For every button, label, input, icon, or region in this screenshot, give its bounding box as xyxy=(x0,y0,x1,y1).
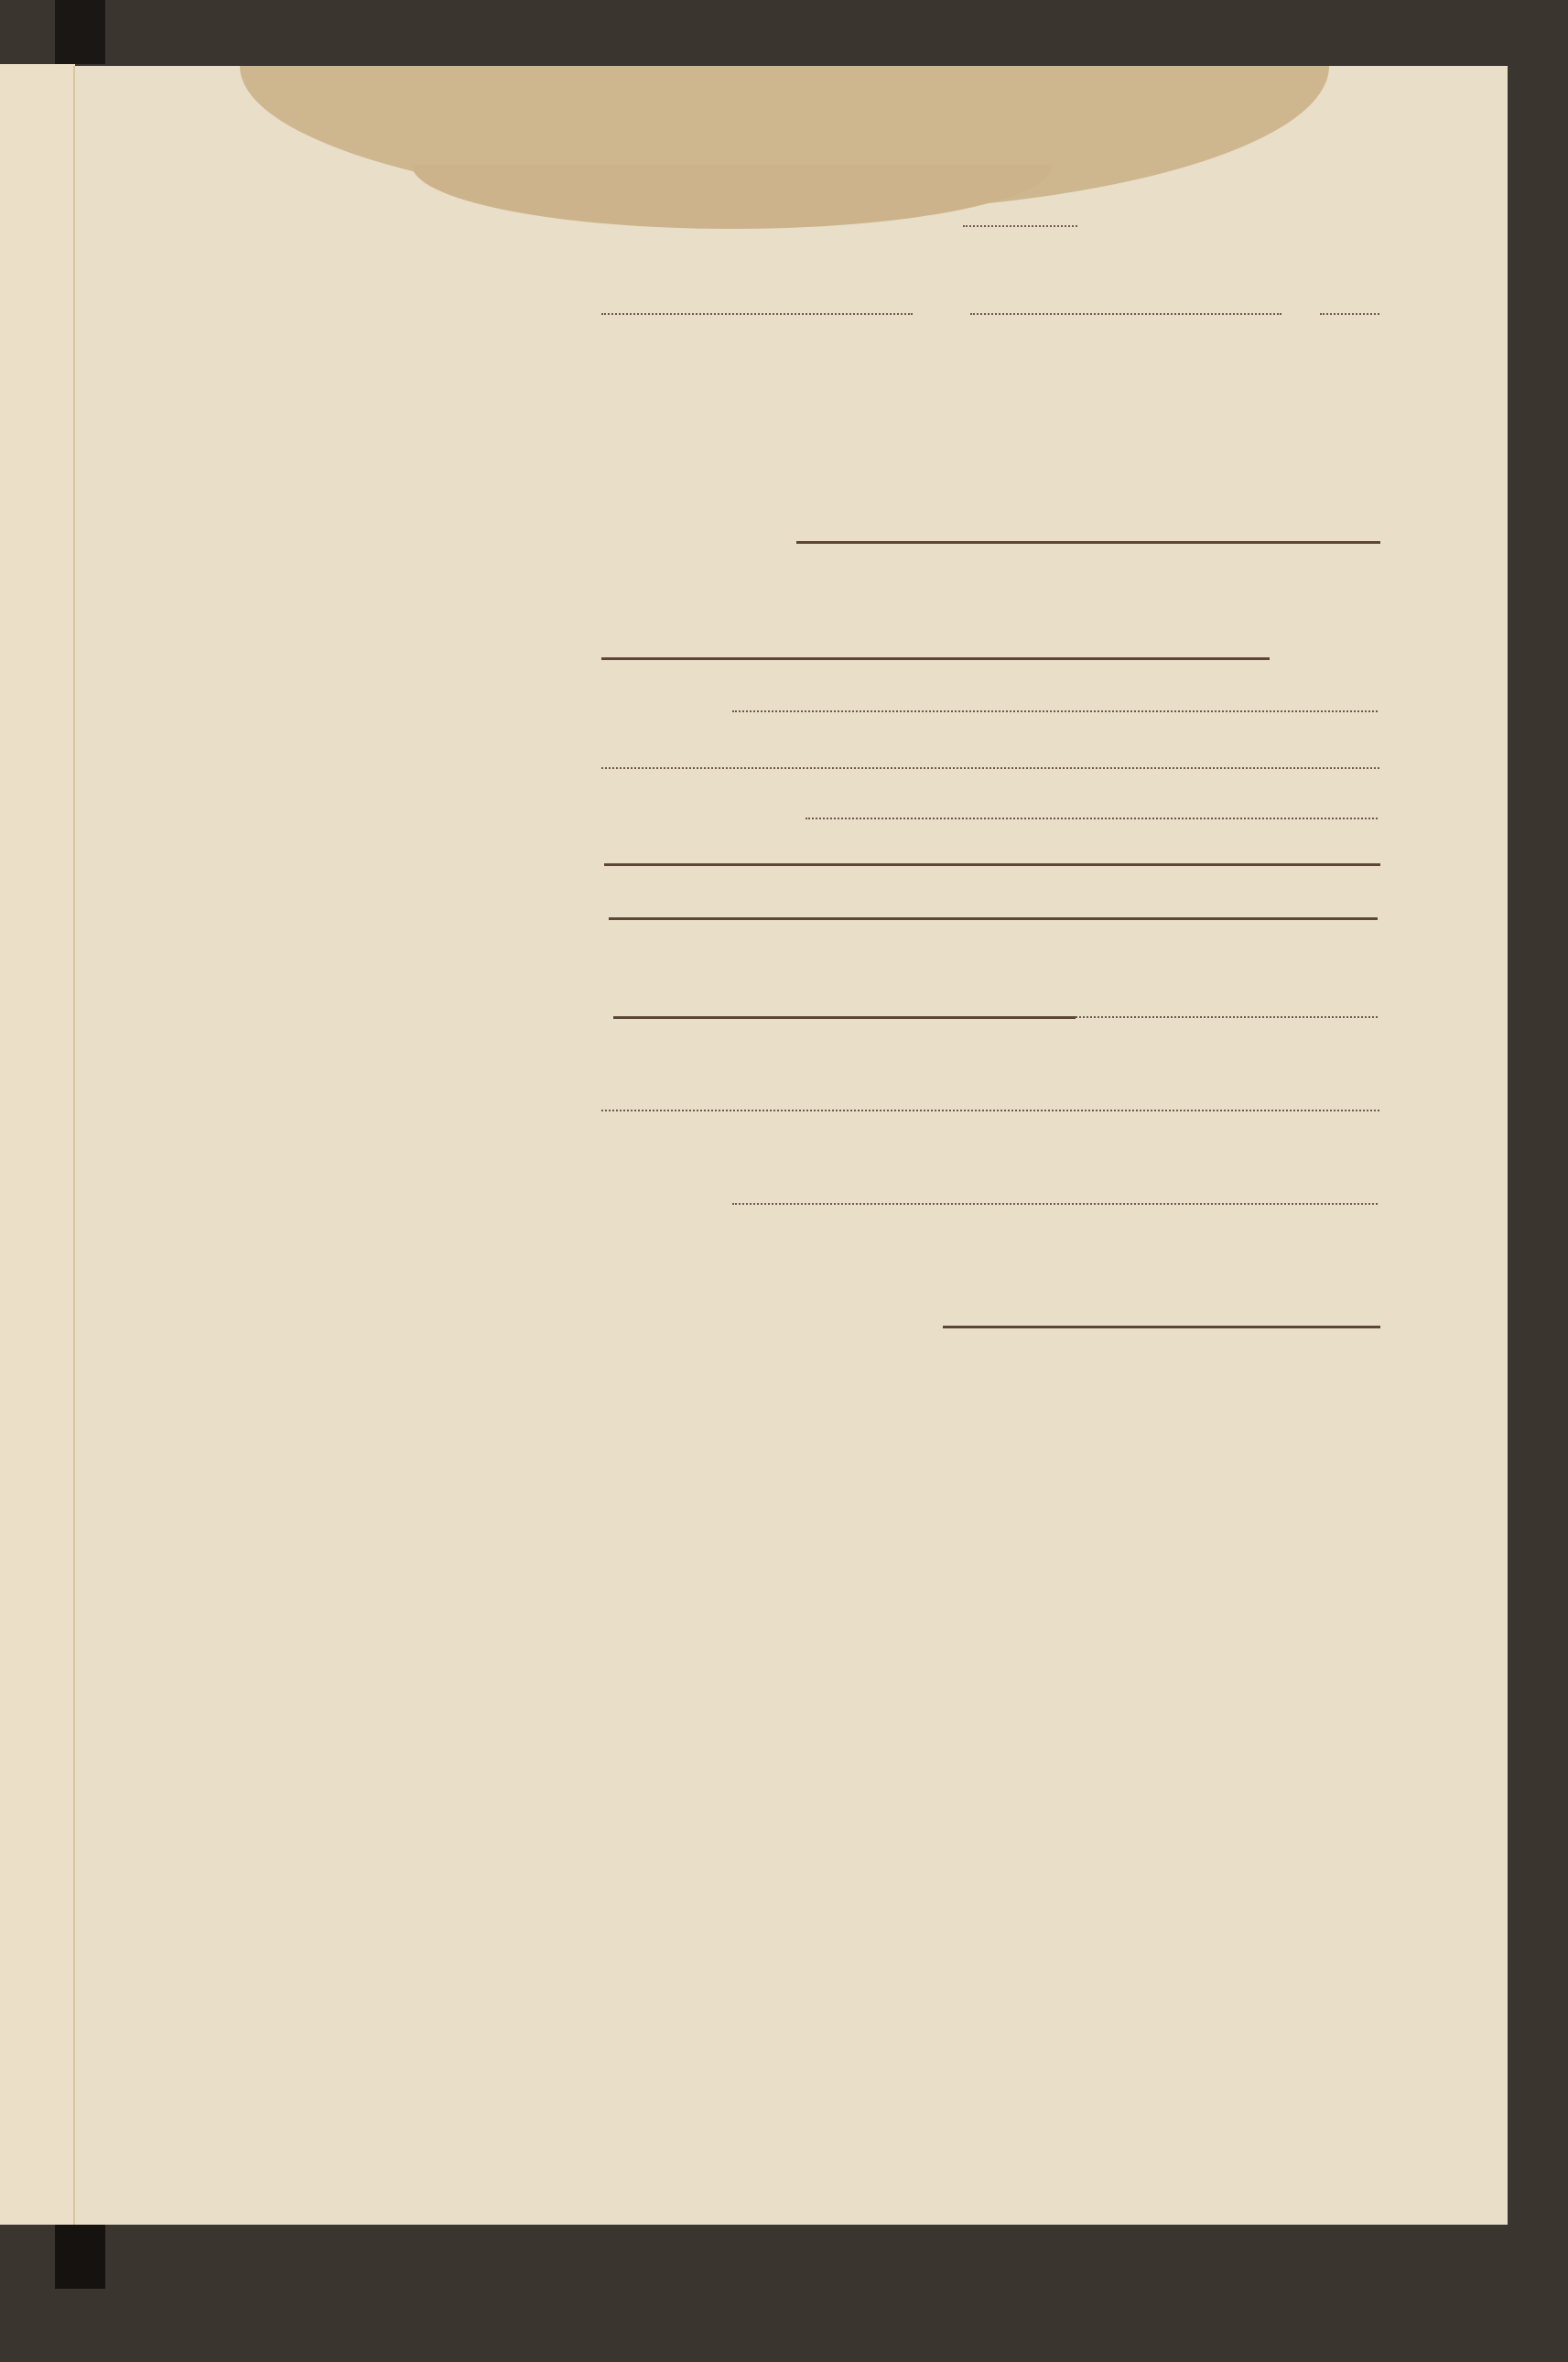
birthplace-line xyxy=(943,1326,1380,1328)
binding-gutter xyxy=(55,2225,105,2289)
residence-line xyxy=(732,710,1378,712)
place-line xyxy=(601,313,913,315)
age-line-right xyxy=(1076,1016,1378,1018)
document-page xyxy=(73,66,1508,2225)
deceased-residence-line xyxy=(732,1203,1378,1205)
informant-line xyxy=(601,767,1379,769)
year-line xyxy=(1320,313,1379,315)
page-fold xyxy=(73,66,75,2225)
binding-gutter-top xyxy=(55,0,105,64)
known-line xyxy=(601,657,1270,660)
age-religion-line xyxy=(601,1110,1379,1111)
personality-line xyxy=(796,541,1380,544)
record-number-line xyxy=(963,225,1077,227)
date-line xyxy=(970,313,1281,315)
blank-line-2 xyxy=(609,917,1378,920)
blank-line-1 xyxy=(604,863,1380,866)
left-page-edge xyxy=(0,64,75,2225)
age-line-left xyxy=(613,1016,1076,1019)
deceased-line xyxy=(806,818,1378,819)
